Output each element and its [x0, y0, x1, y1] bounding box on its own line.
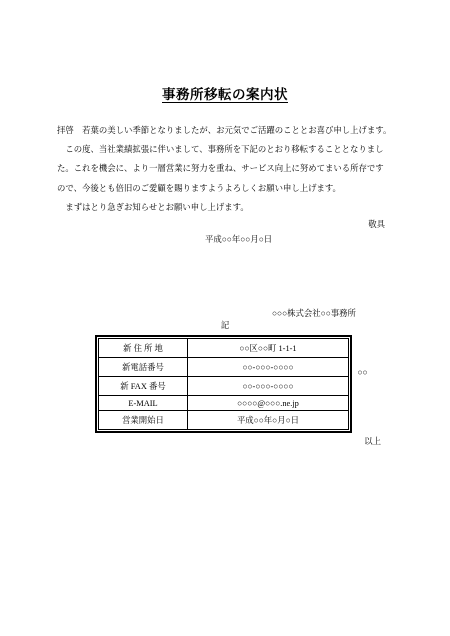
relocation-details-table: 新 住 所 地 ○○区○○町 1-1-1 新電話番号 ○○-○○○-○○○○ 新…: [95, 335, 352, 433]
row-label-address: 新 住 所 地: [99, 339, 188, 358]
body-line-2: この度、当社業績拡張に伴いまして、事務所を下記のとおり移転することとなりまし: [57, 140, 397, 159]
row-value-opening-date: 平成○○年○月○日: [188, 410, 349, 429]
table-row-phone: 新電話番号 ○○-○○○-○○○○: [99, 358, 349, 377]
letter-body: 拝啓 若葉の美しい季節となりましたが、お元気でご活躍のこととお喜び申し上げます。…: [57, 121, 397, 217]
row-label-fax: 新 FAX 番号: [99, 377, 188, 396]
table-row-opening-date: 営業開始日 平成○○年○月○日: [99, 410, 349, 429]
row-label-phone: 新電話番号: [99, 358, 188, 377]
row-value-fax: ○○-○○○-○○○○: [188, 377, 349, 396]
row-label-opening-date: 営業開始日: [99, 410, 188, 429]
table-row-fax: 新 FAX 番号 ○○-○○○-○○○○: [99, 377, 349, 396]
body-line-3: た。これを機会に、より一層営業に努力を重ね、サービス向上に努めてまいる所存です: [57, 159, 397, 178]
relocation-notice-page: 事務所移転の案内状 拝啓 若葉の美しい季節となりましたが、お元気でご活躍のことと…: [0, 0, 450, 636]
row-label-email: E-MAIL: [99, 396, 188, 411]
body-line-1: 拝啓 若葉の美しい季節となりましたが、お元気でご活躍のこととお喜び申し上げます。: [57, 121, 397, 140]
table-row-email: E-MAIL ○○○○@○○○.ne.jp: [99, 396, 349, 411]
row-value-phone: ○○-○○○-○○○○: [188, 358, 349, 377]
page-title: 事務所移転の案内状: [0, 83, 450, 103]
details-table: 新 住 所 地 ○○区○○町 1-1-1 新電話番号 ○○-○○○-○○○○ 新…: [98, 338, 349, 430]
end-word: 以上: [57, 432, 393, 451]
page-title-text: 事務所移転の案内状: [162, 87, 288, 102]
row-value-email: ○○○○@○○○.ne.jp: [188, 396, 349, 411]
row-value-address: ○○区○○町 1-1-1: [188, 339, 349, 358]
body-line-4: ので、今後とも倍旧のご愛顧を賜りますようよろしくお願い申し上げます。: [57, 179, 397, 198]
letter-date: 平成○○年○○月○日: [205, 230, 272, 249]
record-heading: 記: [0, 316, 450, 335]
table-row-address: 新 住 所 地 ○○区○○町 1-1-1: [99, 339, 349, 358]
